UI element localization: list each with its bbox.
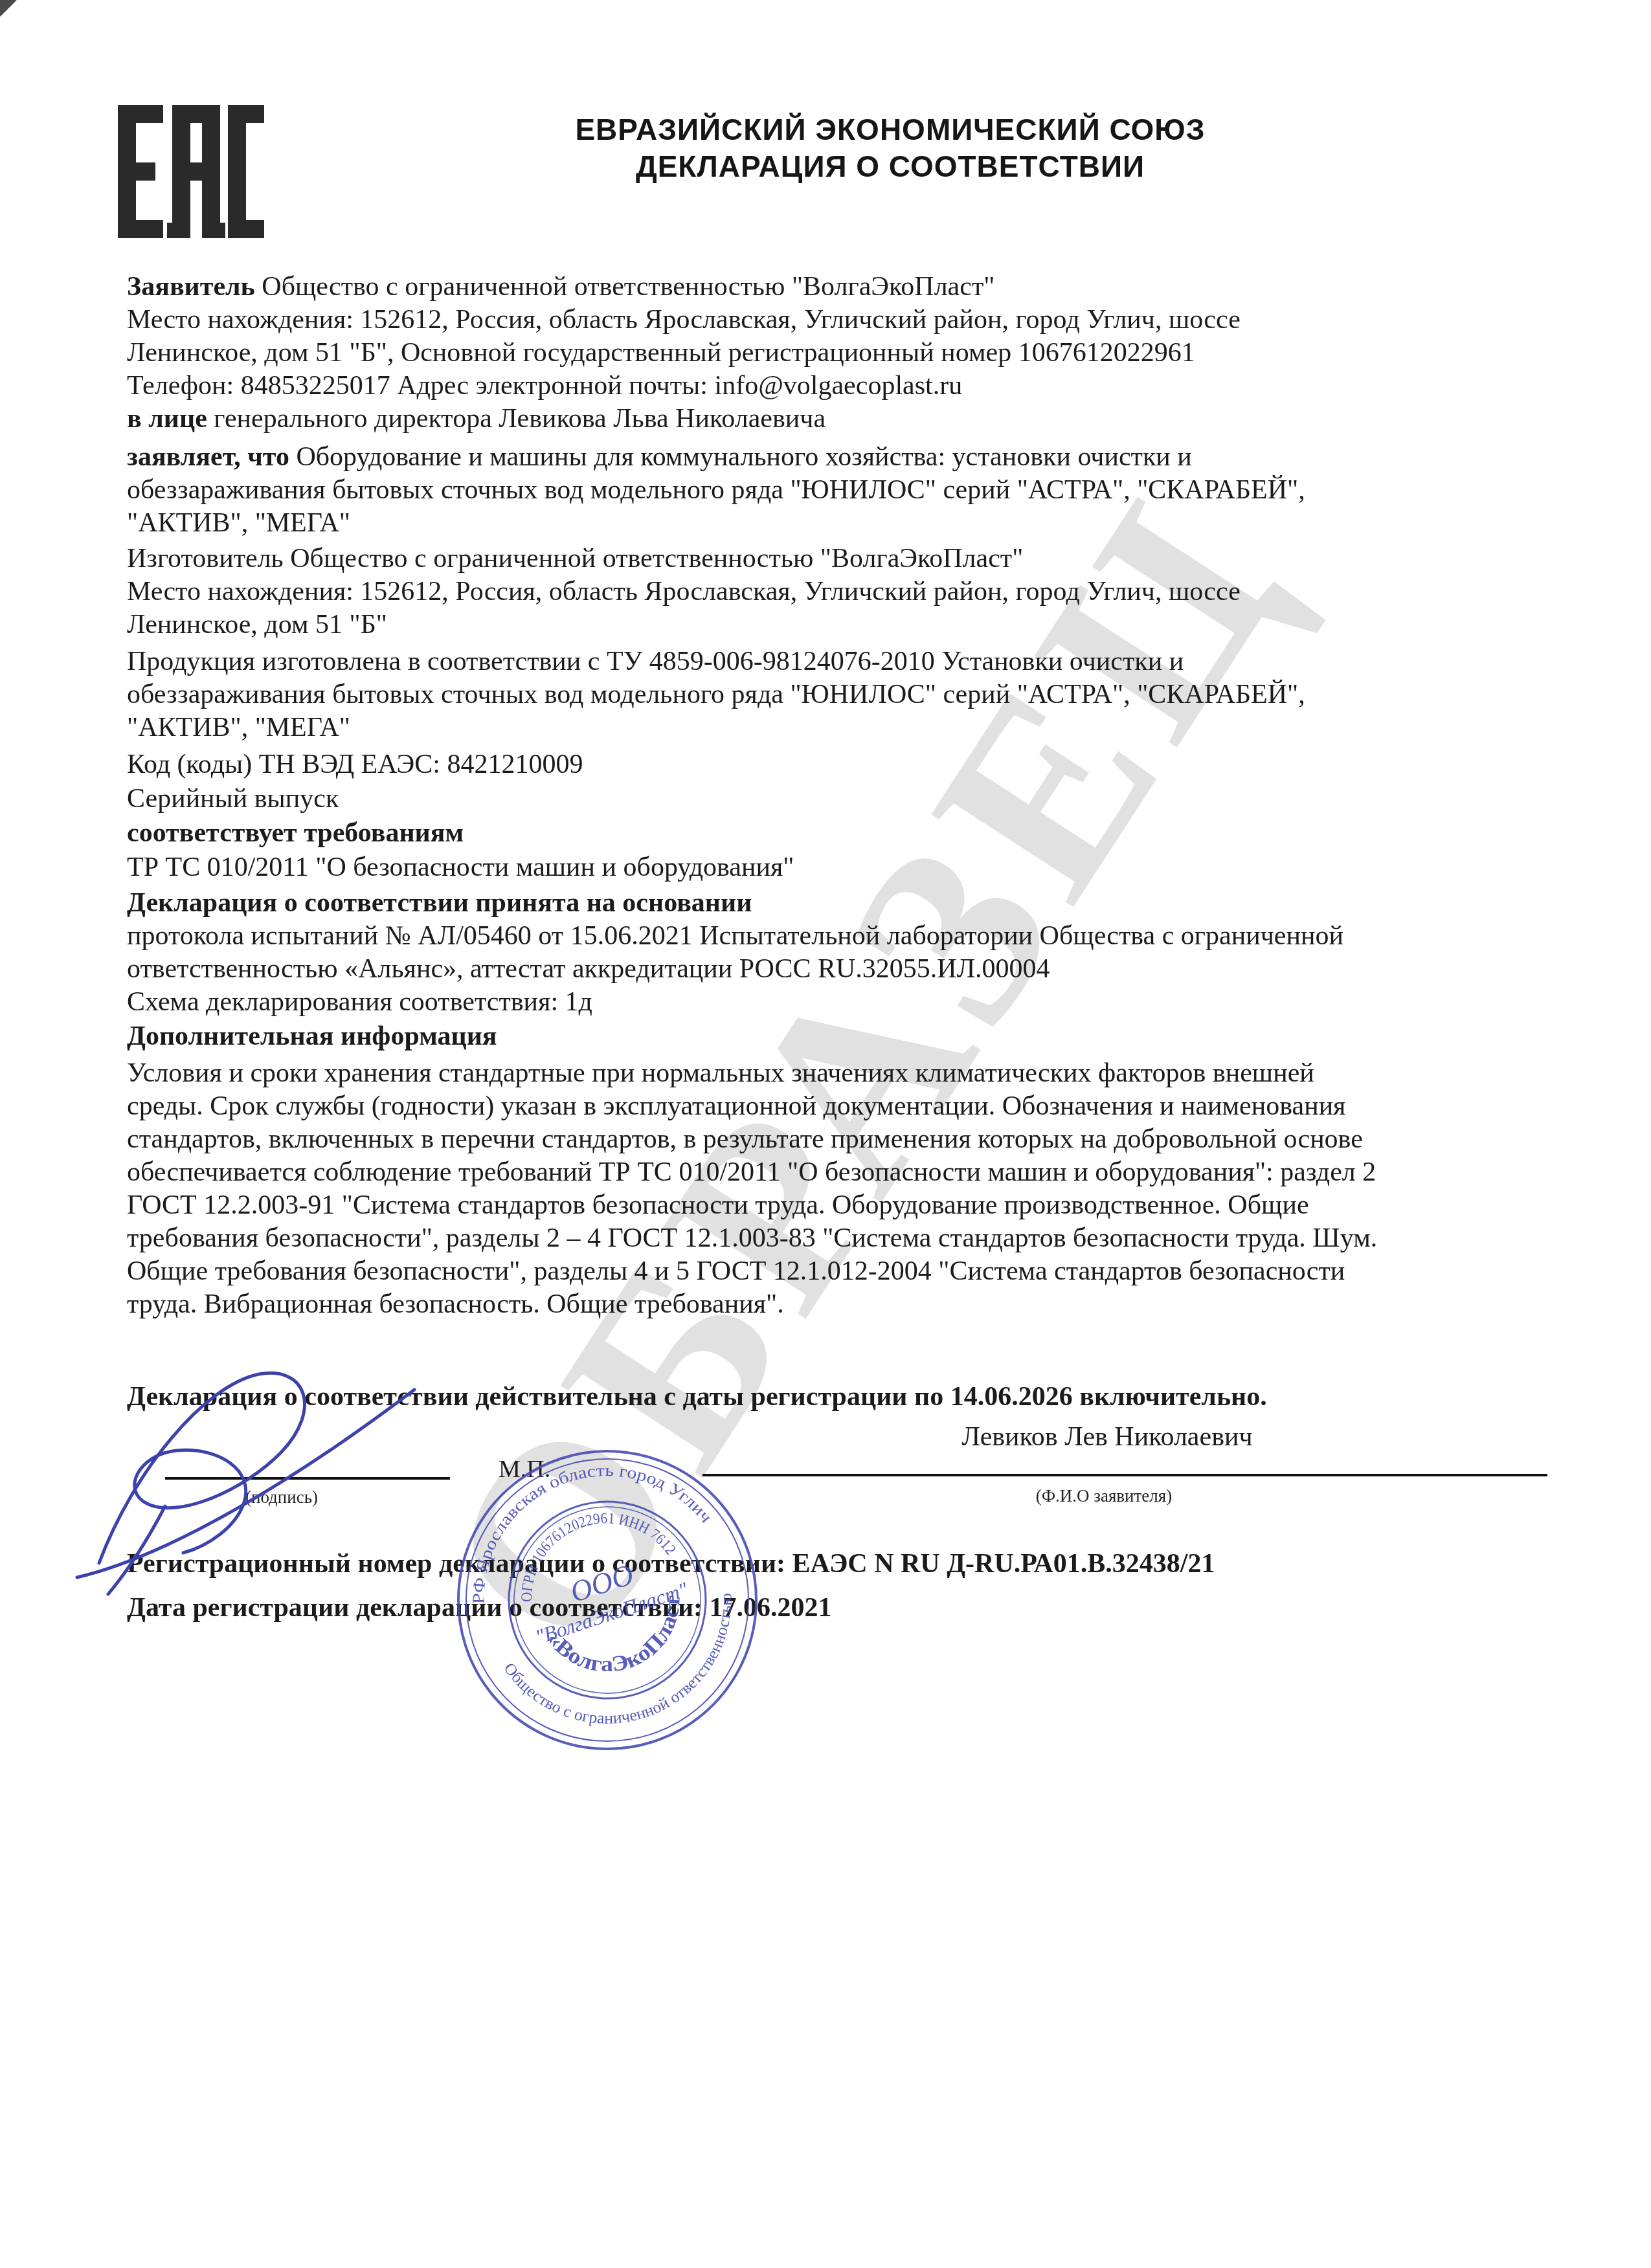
document-text-line: заявляет, что Оборудование и машины для … <box>127 441 1545 474</box>
text-segment: Место нахождения: 152612, Россия, област… <box>127 305 1241 335</box>
text-segment: Общество с ограниченной ответственностью… <box>255 272 995 302</box>
text-segment: Продукция изготовлена в соответствии с Т… <box>127 647 1184 676</box>
text-segment: Общие требования безопасности", разделы … <box>127 1256 1345 1286</box>
document-text-line: в лице генерального директора Левикова Л… <box>127 403 1545 436</box>
applicant-name-line <box>702 1474 1547 1476</box>
text-segment: Телефон: 84853225017 Адрес электронной п… <box>127 371 962 401</box>
eac-logo <box>118 105 264 241</box>
bold-text-segment: Декларация о соответствии принята на осн… <box>127 888 752 918</box>
document-text-line: Ленинское, дом 51 "Б", Основной государс… <box>127 337 1545 370</box>
company-round-stamp: РФ Ярославская область город Углич Общес… <box>452 1445 763 1755</box>
document-text-line: среды. Срок службы (годности) указан в э… <box>127 1090 1545 1123</box>
document-text-line: обеззараживания бытовых сточных вод моде… <box>127 678 1545 711</box>
text-segment: Изготовитель Общество с ограниченной отв… <box>127 544 1023 573</box>
title-line-declaration: ДЕКЛАРАЦИЯ О СООТВЕТСТВИИ <box>337 148 1444 185</box>
text-segment: труда. Вибрационная безопасность. Общие … <box>127 1289 784 1319</box>
handwritten-signature <box>68 1350 431 1608</box>
document-text-line: Общие требования безопасности", разделы … <box>127 1255 1545 1288</box>
document-text-line: Заявитель Общество с ограниченной ответс… <box>127 271 1545 304</box>
text-segment: обеззараживания бытовых сточных вод моде… <box>127 680 1305 709</box>
document-text-line: труда. Вибрационная безопасность. Общие … <box>127 1288 1545 1321</box>
text-segment: Оборудование и машины для коммунального … <box>289 442 1192 472</box>
text-segment: требования безопасности", разделы 2 – 4 … <box>127 1223 1377 1253</box>
document-text-line: "АКТИВ", "МЕГА" <box>127 507 1545 540</box>
text-segment: ГОСТ 12.2.003-91 "Система стандартов без… <box>127 1190 1309 1220</box>
document-text-line: стандартов, включенных в перечни стандар… <box>127 1123 1545 1156</box>
bold-text-segment: заявляет, что <box>127 442 289 472</box>
bold-text-segment: соответствует требованиям <box>127 818 464 848</box>
text-segment: Код (коды) ТН ВЭД ЕАЭС: 8421210009 <box>127 750 583 779</box>
document-text-line: Дополнительная информация <box>127 1020 1545 1053</box>
applicant-caption: (Ф.И.О заявителя) <box>997 1486 1211 1506</box>
document-text-line: Место нахождения: 152612, Россия, област… <box>127 575 1545 608</box>
document-text-line: требования безопасности", разделы 2 – 4 … <box>127 1222 1545 1255</box>
document-text-line: Место нахождения: 152612, Россия, област… <box>127 304 1545 337</box>
applicant-name: Левиков Лев Николаевич <box>913 1421 1301 1452</box>
text-segment: протокола испытаний № АЛ/05460 от 15.06.… <box>127 921 1343 951</box>
text-segment: "АКТИВ", "МЕГА" <box>127 508 350 538</box>
document-text-line: протокола испытаний № АЛ/05460 от 15.06.… <box>127 920 1545 953</box>
text-segment: обеззараживания бытовых сточных вод моде… <box>127 475 1305 505</box>
text-segment: "АКТИВ", "МЕГА" <box>127 713 350 742</box>
document-text-line: ТР ТС 010/2011 "О безопасности машин и о… <box>127 851 1545 884</box>
document-text-line: Условия и сроки хранения стандартные при… <box>127 1057 1545 1090</box>
document-text-line: Схема декларирования соответствия: 1д <box>127 986 1545 1019</box>
bold-text-segment: в лице <box>127 404 207 434</box>
document-text-line: обеззараживания бытовых сточных вод моде… <box>127 474 1545 507</box>
document-text-line: Серийный выпуск <box>127 783 1545 816</box>
bold-text-segment: Дополнительная информация <box>127 1021 497 1051</box>
text-segment: Серийный выпуск <box>127 784 339 814</box>
document-title: ЕВРАЗИЙСКИЙ ЭКОНОМИЧЕСКИЙ СОЮЗ ДЕКЛАРАЦИ… <box>337 111 1444 185</box>
text-segment: стандартов, включенных в перечни стандар… <box>127 1124 1363 1154</box>
text-segment: Ленинское, дом 51 "Б" <box>127 610 387 639</box>
text-segment: генерального директора Левикова Льва Ник… <box>207 404 825 434</box>
document-text-line: ГОСТ 12.2.003-91 "Система стандартов без… <box>127 1189 1545 1222</box>
title-line-union: ЕВРАЗИЙСКИЙ ЭКОНОМИЧЕСКИЙ СОЮЗ <box>337 111 1444 148</box>
document-text-line: Код (коды) ТН ВЭД ЕАЭС: 8421210009 <box>127 748 1545 781</box>
declaration-page: ОБРАЗЕЦ ЕВР <box>0 0 1651 2268</box>
bold-text-segment: Заявитель <box>127 272 255 302</box>
text-segment: Ленинское, дом 51 "Б", Основной государс… <box>127 338 1195 368</box>
page-corner-fold-mark <box>0 0 17 17</box>
document-text-line: Продукция изготовлена в соответствии с Т… <box>127 645 1545 678</box>
document-body: Заявитель Общество с ограниченной ответс… <box>127 271 1545 1321</box>
text-segment: среды. Срок службы (годности) указан в э… <box>127 1091 1345 1121</box>
document-text-line: Декларация о соответствии принята на осн… <box>127 887 1545 920</box>
text-segment: ответственностью «Альянс», аттестат аккр… <box>127 954 1050 984</box>
text-segment: Схема декларирования соответствия: 1д <box>127 987 592 1017</box>
document-text-line: обеспечивается соблюдение требований ТР … <box>127 1156 1545 1189</box>
text-segment: Условия и сроки хранения стандартные при… <box>127 1058 1314 1088</box>
document-text-line: Изготовитель Общество с ограниченной отв… <box>127 542 1545 575</box>
text-segment: обеспечивается соблюдение требований ТР … <box>127 1157 1376 1187</box>
document-text-line: Телефон: 84853225017 Адрес электронной п… <box>127 370 1545 403</box>
document-text-line: "АКТИВ", "МЕГА" <box>127 711 1545 744</box>
text-segment: Место нахождения: 152612, Россия, област… <box>127 577 1241 606</box>
document-text-line: Ленинское, дом 51 "Б" <box>127 608 1545 641</box>
document-text-line: соответствует требованиям <box>127 817 1545 850</box>
document-text-line: ответственностью «Альянс», аттестат аккр… <box>127 953 1545 986</box>
text-segment: ТР ТС 010/2011 "О безопасности машин и о… <box>127 852 794 882</box>
eac-mark-icon <box>118 105 264 238</box>
